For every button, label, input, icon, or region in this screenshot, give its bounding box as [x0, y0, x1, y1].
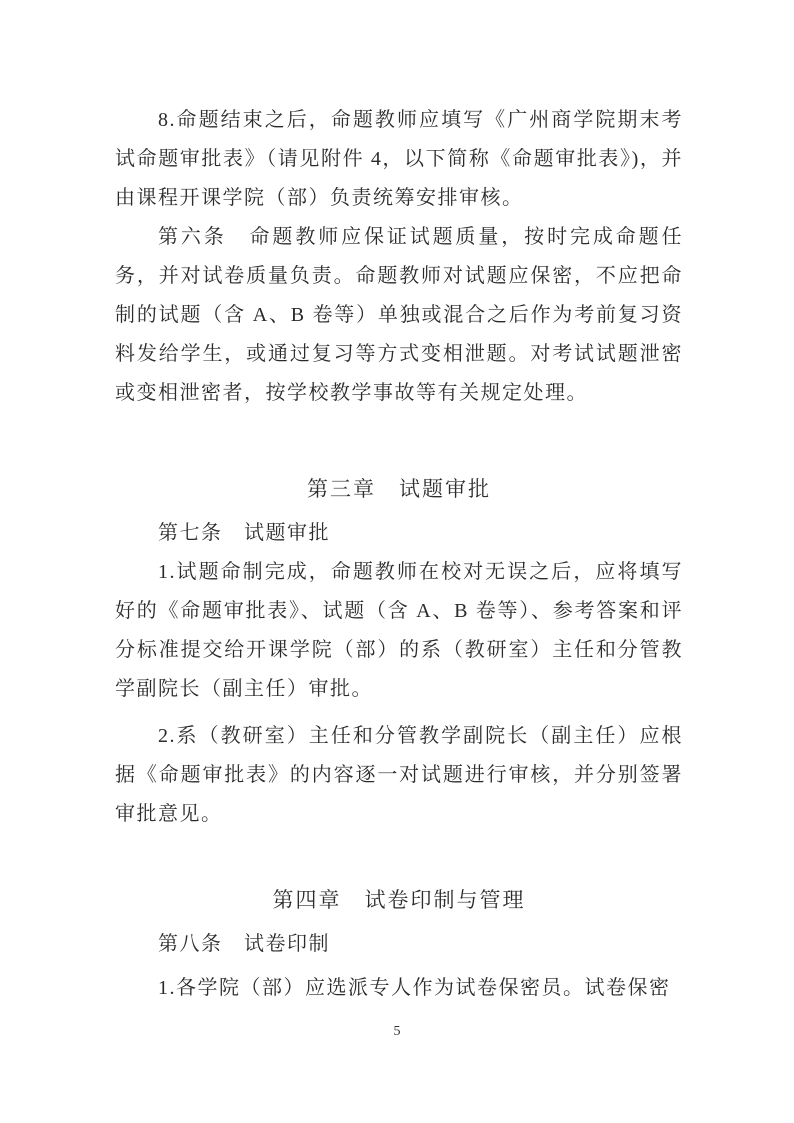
chapter-3-heading: 第三章 试题审批	[115, 470, 683, 509]
page-number: 5	[0, 1022, 794, 1042]
printing-item-1-paragraph: 1.各学院（部）应选派专人作为试卷保密员。试卷保密	[115, 969, 683, 1008]
article-7-heading: 第七条 试题审批	[115, 514, 683, 553]
paragraph-item-8: 8.命题结束之后，命题教师应填写《广州商学院期末考试命题审批表》（请见附件 4，…	[115, 101, 683, 218]
article-8-heading: 第八条 试卷印制	[115, 925, 683, 964]
article-6-paragraph: 第六条 命题教师应保证试题质量，按时完成命题任务，并对试卷质量负责。命题教师对试…	[115, 218, 683, 413]
approval-step-2-paragraph: 2.系（教研室）主任和分管教学副院长（副主任）应根据《命题审批表》的内容逐一对试…	[115, 717, 683, 834]
approval-step-1-paragraph: 1.试题命制完成，命题教师在校对无误之后，应将填写好的《命题审批表》、试题（含 …	[115, 553, 683, 709]
chapter-4-heading: 第四章 试卷印制与管理	[115, 881, 683, 920]
document-body: 8.命题结束之后，命题教师应填写《广州商学院期末考试命题审批表》（请见附件 4，…	[115, 101, 683, 1008]
document-page: 8.命题结束之后，命题教师应填写《广州商学院期末考试命题审批表》（请见附件 4，…	[0, 0, 794, 1123]
